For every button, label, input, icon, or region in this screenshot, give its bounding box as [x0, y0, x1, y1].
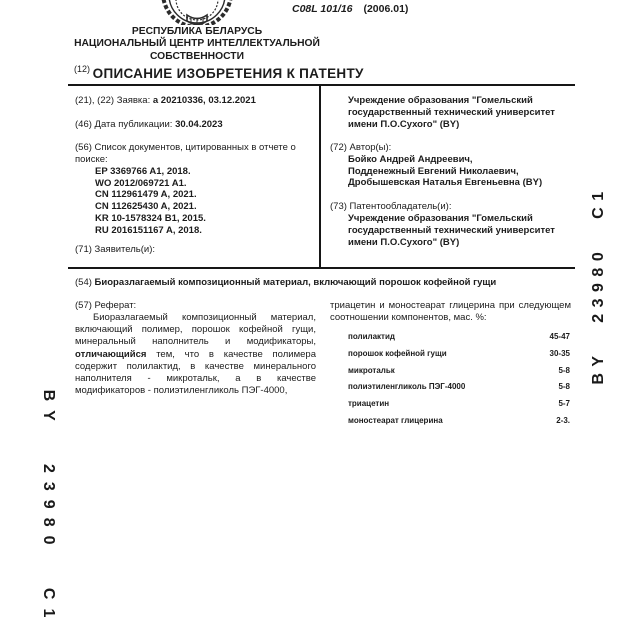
biblio-left-column: (21), (22) Заявка: а 20210336, 03.12.202… — [75, 95, 317, 256]
agency-name-line2: СОБСТВЕННОСТИ — [38, 51, 356, 63]
document-kind-text: ОПИСАНИЕ ИЗОБРЕТЕНИЯ К ПАТЕНТУ — [93, 66, 364, 81]
column-divider — [319, 85, 321, 267]
citations-label: (56) Список документов, цитированных в о… — [75, 142, 317, 166]
holder-line: государственный технический университет — [348, 225, 573, 237]
citation-item: RU 2016151167 A, 2018. — [95, 225, 317, 237]
citation-item: CN 112961479 A, 2021. — [95, 189, 317, 201]
inid-12: (12) — [74, 64, 90, 74]
author-name: Бойко Андрей Андреевич, — [348, 154, 573, 166]
component-name: микротальк — [348, 365, 395, 377]
component-name: порошок кофейной гущи — [348, 348, 447, 360]
publication-value: 30.04.2023 — [175, 119, 223, 130]
holder-label: (73) Патентообладатель(и): — [330, 201, 573, 213]
applicant-label: (71) Заявитель(и): — [75, 244, 317, 256]
component-value: 5-8 — [558, 365, 570, 377]
country-name: РЕСПУБЛИКА БЕЛАРУСЬ — [38, 26, 356, 38]
belarus-coat-of-arms-icon — [152, 0, 242, 25]
biblio-right-column: Учреждение образования "Гомельскийгосуда… — [330, 95, 573, 249]
abstract-label: (57) Реферат: — [75, 300, 136, 312]
component-value: 5-8 — [558, 381, 570, 393]
composition-table: полилактид 45-47 порошок кофейной гущи 3… — [348, 331, 570, 432]
component-value: 30-35 — [550, 348, 570, 360]
publication-number-left: BY 23980 C1 — [30, 388, 54, 628]
inid-54: (54) — [75, 277, 92, 288]
component-value: 45-47 — [550, 331, 570, 343]
publication-line: (46) Дата публикации: 30.04.2023 — [75, 119, 317, 131]
author-name: Дробышевская Наталья Евгеньевна (BY) — [348, 177, 573, 189]
citation-item: CN 112625430 A, 2021. — [95, 201, 317, 213]
composition-row: триацетин 5-7 — [348, 398, 570, 415]
publication-number-right: BY 23980 C1 — [593, 180, 617, 390]
applicant-line: имени П.О.Сухого" (BY) — [348, 119, 573, 131]
authors-list: Бойко Андрей Андреевич,Подденежный Евген… — [348, 154, 573, 190]
applicant-value: Учреждение образования "Гомельскийгосуда… — [348, 95, 573, 131]
composition-row: полилактид 45-47 — [348, 331, 570, 348]
publication-label: (46) Дата публикации: — [75, 119, 172, 130]
rule-bottom — [68, 267, 575, 269]
abstract-bold-word: отличающийся — [75, 349, 146, 360]
application-line: (21), (22) Заявка: а 20210336, 03.12.202… — [75, 95, 317, 107]
ipc-version: (2006.01) — [363, 3, 408, 15]
abstract-text-right: триацетин и моностеарат глицерина при сл… — [330, 300, 571, 324]
composition-row: моностеарат глицерина 2-3. — [348, 415, 570, 432]
component-name: полилактид — [348, 331, 395, 343]
applicant-line: Учреждение образования "Гомельский — [348, 95, 573, 107]
citations-list: EP 3369766 A1, 2018.WO 2012/069721 A1.CN… — [95, 166, 317, 237]
application-value: а 20210336, 03.12.2021 — [153, 95, 256, 106]
ipc-classification: C08L 101/16 (2006.01) — [292, 4, 408, 16]
citation-item: KR 10-1578324 B1, 2015. — [95, 213, 317, 225]
citation-item: EP 3369766 A1, 2018. — [95, 166, 317, 178]
component-value: 2-3. — [556, 415, 570, 427]
component-name: триацетин — [348, 398, 389, 410]
holder-line: имени П.О.Сухого" (BY) — [348, 237, 573, 249]
invention-title-text: Биоразлагаемый композиционный материал, … — [95, 277, 497, 288]
ipc-code: C08L 101/16 — [292, 3, 353, 15]
issuing-agency: РЕСПУБЛИКА БЕЛАРУСЬ НАЦИОНАЛЬНЫЙ ЦЕНТР И… — [38, 26, 356, 63]
composition-row: порошок кофейной гущи 30-35 — [348, 348, 570, 365]
document-kind-title: (12) ОПИСАНИЕ ИЗОБРЕТЕНИЯ К ПАТЕНТУ — [74, 64, 364, 82]
holder-value: Учреждение образования "Гомельскийгосуда… — [348, 213, 573, 249]
component-name: моностеарат глицерина — [348, 415, 443, 427]
citation-item: WO 2012/069721 A1. — [95, 178, 317, 190]
author-name: Подденежный Евгений Николаевич, — [348, 166, 573, 178]
abstract-text-left: Биоразлагаемый композиционный материал, … — [75, 312, 316, 397]
patent-document-page: C08L 101/16 (2006.01) РЕСПУБЛИКА БЕЛАРУС… — [0, 0, 643, 643]
composition-row: полиэтиленгликоль ПЭГ-4000 5-8 — [348, 381, 570, 398]
agency-name-line1: НАЦИОНАЛЬНЫЙ ЦЕНТР ИНТЕЛЛЕКТУАЛЬНОЙ — [38, 38, 356, 50]
composition-row: микротальк 5-8 — [348, 365, 570, 382]
rule-top — [68, 84, 575, 86]
component-name: полиэтиленгликоль ПЭГ-4000 — [348, 381, 465, 393]
invention-title: (54) Биоразлагаемый композиционный матер… — [75, 277, 575, 289]
authors-label: (72) Автор(ы): — [330, 142, 573, 154]
abstract-segment-1: Биоразлагаемый композиционный материал, … — [75, 312, 316, 347]
holder-line: Учреждение образования "Гомельский — [348, 213, 573, 225]
applicant-line: государственный технический университет — [348, 107, 573, 119]
component-value: 5-7 — [558, 398, 570, 410]
application-label: (21), (22) Заявка: — [75, 95, 150, 106]
